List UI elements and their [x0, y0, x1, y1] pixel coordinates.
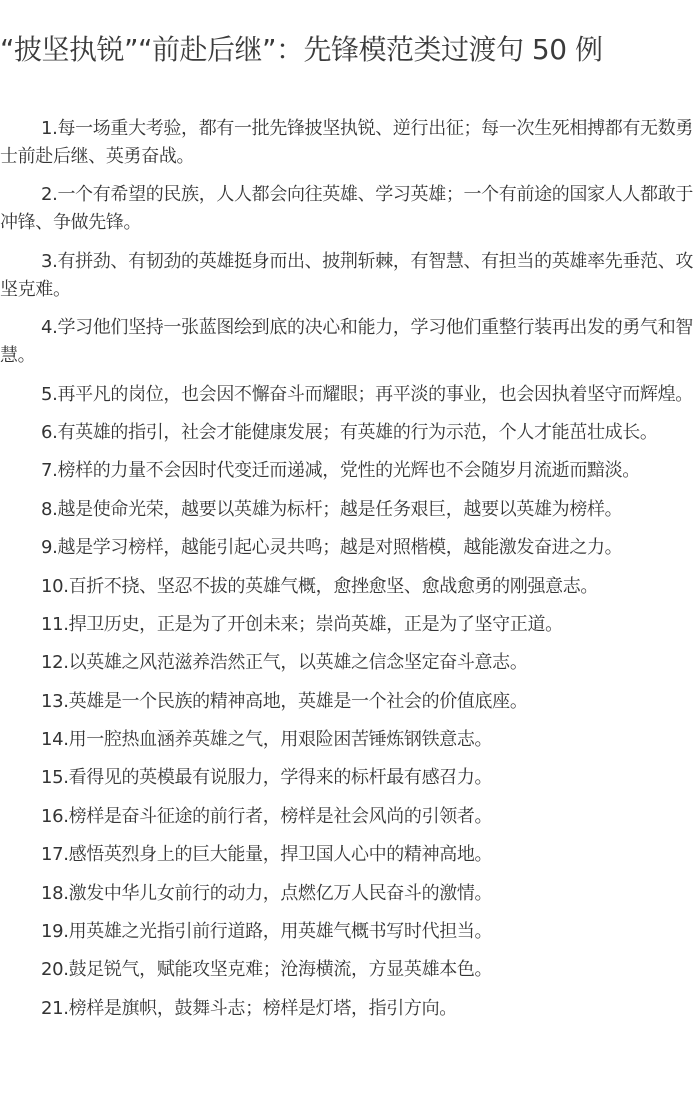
paragraph-9: 9.越是学习榜样，越能引起心灵共鸣；越是对照楷模，越能激发奋进之力。 — [0, 534, 693, 562]
paragraph-3: 3.有拼劲、有韧劲的英雄挺身而出、披荆斩棘，有智慧、有担当的英雄率先垂范、攻坚克… — [0, 248, 693, 304]
paragraph-16: 16.榜样是奋斗征途的前行者，榜样是社会风尚的引领者。 — [0, 803, 693, 831]
paragraph-12: 12.以英雄之风范滋养浩然正气，以英雄之信念坚定奋斗意志。 — [0, 649, 693, 677]
paragraph-21: 21.榜样是旗帜，鼓舞斗志；榜样是灯塔，指引方向。 — [0, 995, 693, 1023]
paragraph-20: 20.鼓足锐气，赋能攻坚克难；沧海横流，方显英雄本色。 — [0, 956, 693, 984]
paragraph-18: 18.激发中华儿女前行的动力，点燃亿万人民奋斗的激情。 — [0, 880, 693, 908]
paragraph-4: 4.学习他们坚持一张蓝图绘到底的决心和能力，学习他们重整行装再出发的勇气和智慧。 — [0, 314, 693, 370]
paragraph-13: 13.英雄是一个民族的精神高地，英雄是一个社会的价值底座。 — [0, 688, 693, 716]
paragraph-1: 1.每一场重大考验，都有一批先锋披坚执锐、逆行出征；每一次生死相搏都有无数勇士前… — [0, 115, 693, 171]
paragraph-2: 2.一个有希望的民族，人人都会向往英雄、学习英雄；一个有前途的国家人人都敢于冲锋… — [0, 181, 693, 237]
article-body: 1.每一场重大考验，都有一批先锋披坚执锐、逆行出征；每一次生死相搏都有无数勇士前… — [0, 115, 693, 1033]
paragraph-14: 14.用一腔热血涵养英雄之气，用艰险困苦锤炼钢铁意志。 — [0, 726, 693, 754]
paragraph-19: 19.用英雄之光指引前行道路，用英雄气概书写时代担当。 — [0, 918, 693, 946]
article-title: “披坚执锐”“前赴后继”：先锋模范类过渡句 50 例 — [0, 28, 693, 72]
paragraph-5: 5.再平凡的岗位，也会因不懈奋斗而耀眼；再平淡的事业，也会因执着坚守而辉煌。 — [0, 381, 693, 409]
paragraph-11: 11.捍卫历史，正是为了开创未来；崇尚英雄，正是为了坚守正道。 — [0, 611, 693, 639]
paragraph-10: 10.百折不挠、坚忍不拔的英雄气概，愈挫愈坚、愈战愈勇的刚强意志。 — [0, 573, 693, 601]
paragraph-8: 8.越是使命光荣，越要以英雄为标杆；越是任务艰巨，越要以英雄为榜样。 — [0, 496, 693, 524]
paragraph-7: 7.榜样的力量不会因时代变迁而递减，党性的光辉也不会随岁月流逝而黯淡。 — [0, 457, 693, 485]
paragraph-15: 15.看得见的英模最有说服力，学得来的标杆最有感召力。 — [0, 764, 693, 792]
paragraph-17: 17.感悟英烈身上的巨大能量，捍卫国人心中的精神高地。 — [0, 841, 693, 869]
paragraph-6: 6.有英雄的指引，社会才能健康发展；有英雄的行为示范，个人才能茁壮成长。 — [0, 419, 693, 447]
